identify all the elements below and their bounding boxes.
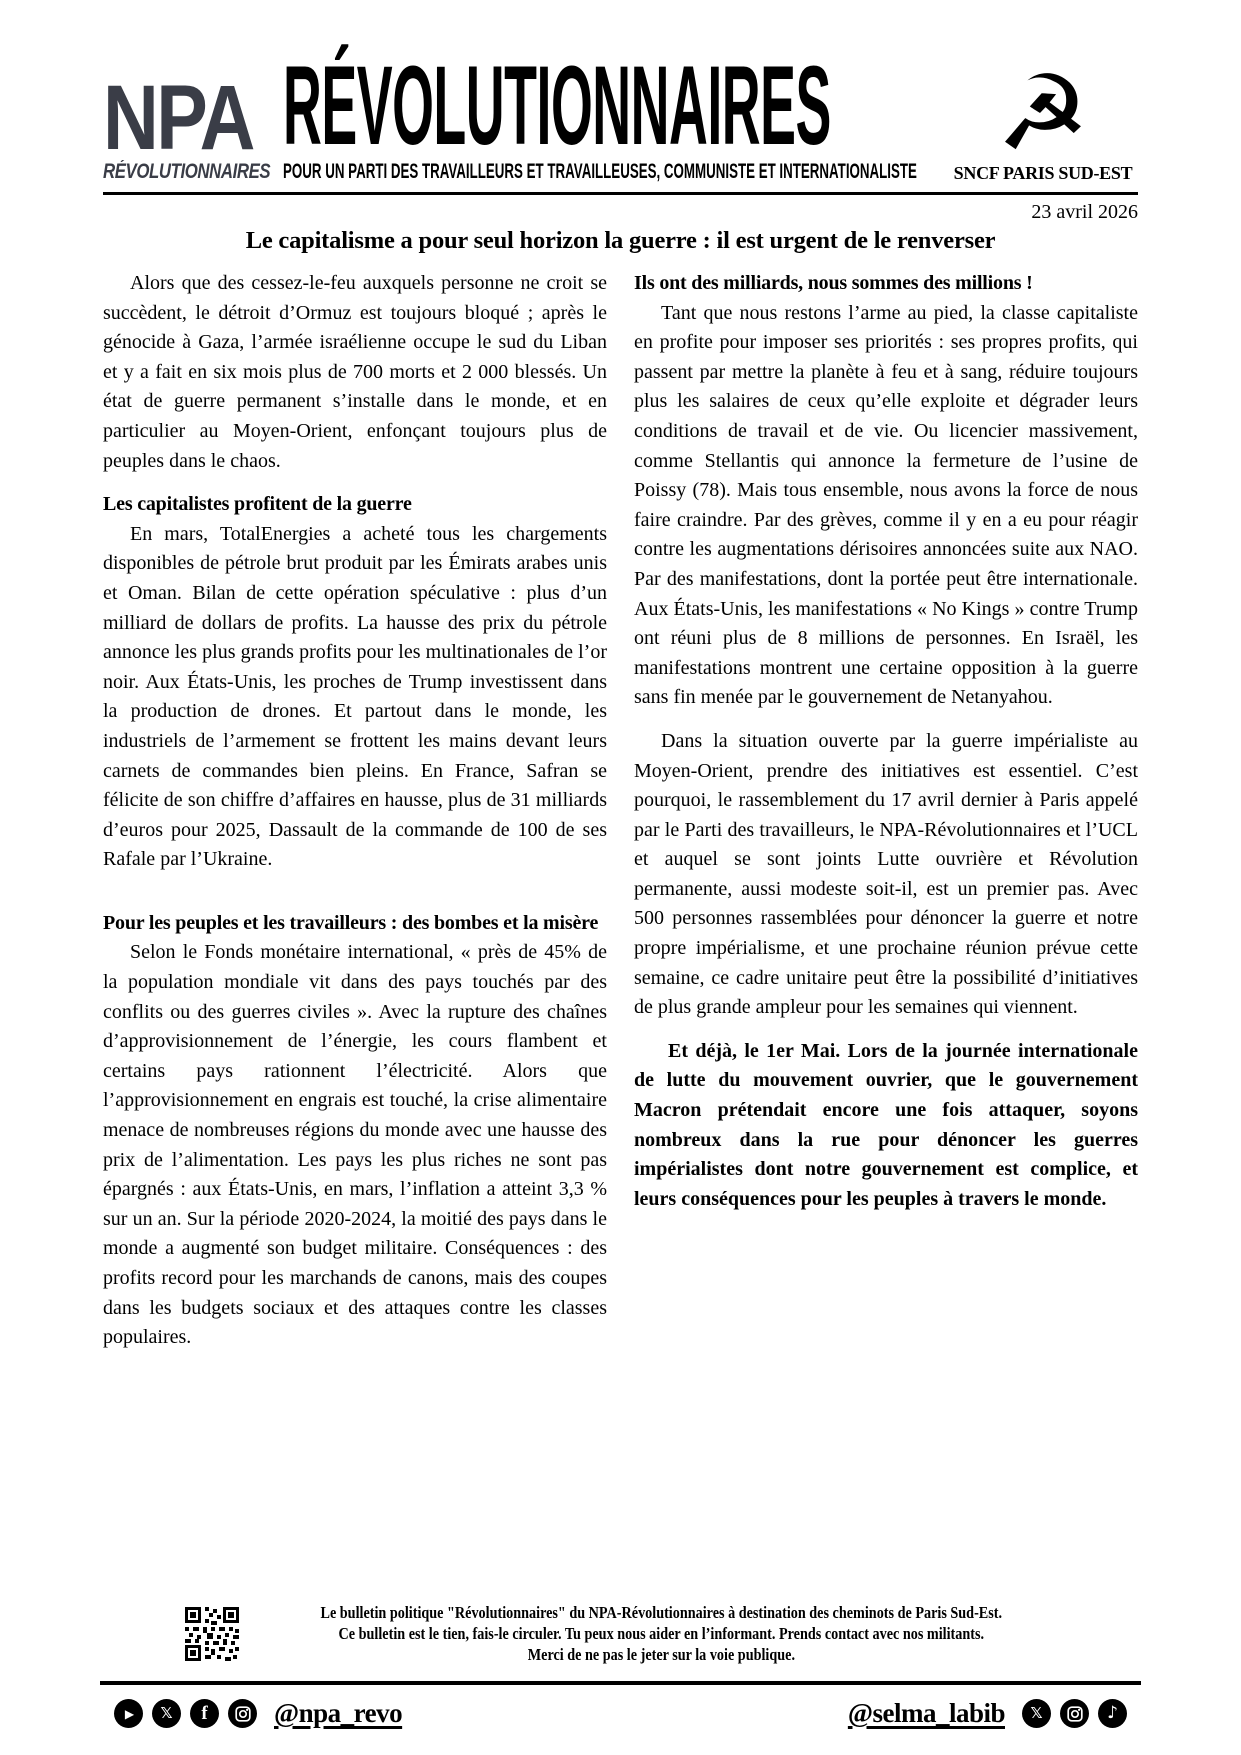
npa-social-handle[interactable]: @npa_revo — [274, 1698, 402, 1729]
hammer-and-sickle-icon: ☭ — [948, 64, 1138, 163]
header-divider — [103, 192, 1138, 195]
page-bottom: Le bulletin politique "Révolutionnaires"… — [0, 1602, 1241, 1729]
npa-logo-primary: NPA — [103, 81, 253, 156]
left-column: Alors que des cessez-le-feu auxquels per… — [103, 269, 607, 1353]
section-heading-capitalistes: Les capitalistes profitent de la guerre — [103, 490, 607, 520]
x-twitter-icon[interactable]: 𝕏 — [1022, 1699, 1051, 1728]
masthead-tagline: POUR UN PARTI DES TRAVAILLEURS ET TRAVAI… — [283, 159, 917, 184]
right-paragraph-1: Tant que nous restons l’arme au pied, la… — [634, 299, 1138, 713]
masthead-title: RÉVOLUTIONNAIRES — [283, 61, 831, 151]
footer-divider — [100, 1681, 1141, 1685]
emblem: ☭ SNCF PARIS SUD-EST — [948, 64, 1138, 184]
npa-logo: NPA RÉVOLUTIONNAIRES — [103, 81, 275, 184]
tiktok-icon[interactable]: ♪ — [1098, 1699, 1127, 1728]
footer-left-socials: ▶ 𝕏 f @npa_revo — [114, 1698, 402, 1729]
right-paragraph-2: Dans la situation ouverte par la guerre … — [634, 727, 1138, 1023]
npa-logo-secondary: RÉVOLUTIONNAIRES — [103, 160, 270, 184]
issue-date: 23 avril 2026 — [103, 201, 1138, 224]
section-label: SNCF PARIS SUD-EST — [948, 163, 1138, 184]
qr-code-icon — [183, 1605, 241, 1663]
section-body-capitalistes: En mars, TotalEnergies a acheté tous les… — [103, 520, 607, 875]
section-body-peuples: Selon le Fonds monétaire international, … — [103, 938, 607, 1352]
call-to-action-paragraph: Et déjà, le 1er Mai. Lors de la journée … — [634, 1037, 1138, 1215]
footer-right-socials: @selma_labib 𝕏 ♪ — [848, 1698, 1127, 1729]
headline: Le capitalisme a pour seul horizon la gu… — [103, 227, 1138, 255]
bulletin-box: Le bulletin politique "Révolutionnaires"… — [100, 1602, 1141, 1665]
bulletin-line-1: Le bulletin politique "Révolutionnaires"… — [321, 1602, 1003, 1623]
section-heading-peuples: Pour les peuples et les travailleurs : d… — [103, 909, 607, 939]
right-column: Ils ont des milliards, nous sommes des m… — [634, 269, 1138, 1214]
bulletin-line-2: Ce bulletin est le tien, fais-le circule… — [339, 1623, 985, 1644]
selma-social-handle[interactable]: @selma_labib — [848, 1698, 1005, 1729]
x-twitter-icon[interactable]: 𝕏 — [152, 1699, 181, 1728]
bulletin-page: NPA RÉVOLUTIONNAIRES RÉVOLUTIONNAIRES PO… — [0, 0, 1241, 1755]
bulletin-notice: Le bulletin politique "Révolutionnaires"… — [265, 1602, 1058, 1665]
article-body: Alors que des cessez-le-feu auxquels per… — [103, 269, 1138, 1579]
section-heading-milliards: Ils ont des milliards, nous sommes des m… — [634, 269, 1138, 299]
instagram-icon[interactable] — [228, 1699, 257, 1728]
footer: ▶ 𝕏 f @npa_revo @selma_labib 𝕏 — [100, 1698, 1141, 1729]
youtube-icon[interactable]: ▶ — [114, 1699, 143, 1728]
intro-paragraph: Alors que des cessez-le-feu auxquels per… — [103, 269, 607, 476]
facebook-icon[interactable]: f — [190, 1699, 219, 1728]
masthead-center: RÉVOLUTIONNAIRES POUR UN PARTI DES TRAVA… — [275, 55, 948, 184]
bulletin-line-3: Merci de ne pas le jeter sur la voie pub… — [528, 1644, 795, 1665]
masthead: NPA RÉVOLUTIONNAIRES RÉVOLUTIONNAIRES PO… — [103, 55, 1138, 184]
instagram-icon[interactable] — [1060, 1699, 1089, 1728]
